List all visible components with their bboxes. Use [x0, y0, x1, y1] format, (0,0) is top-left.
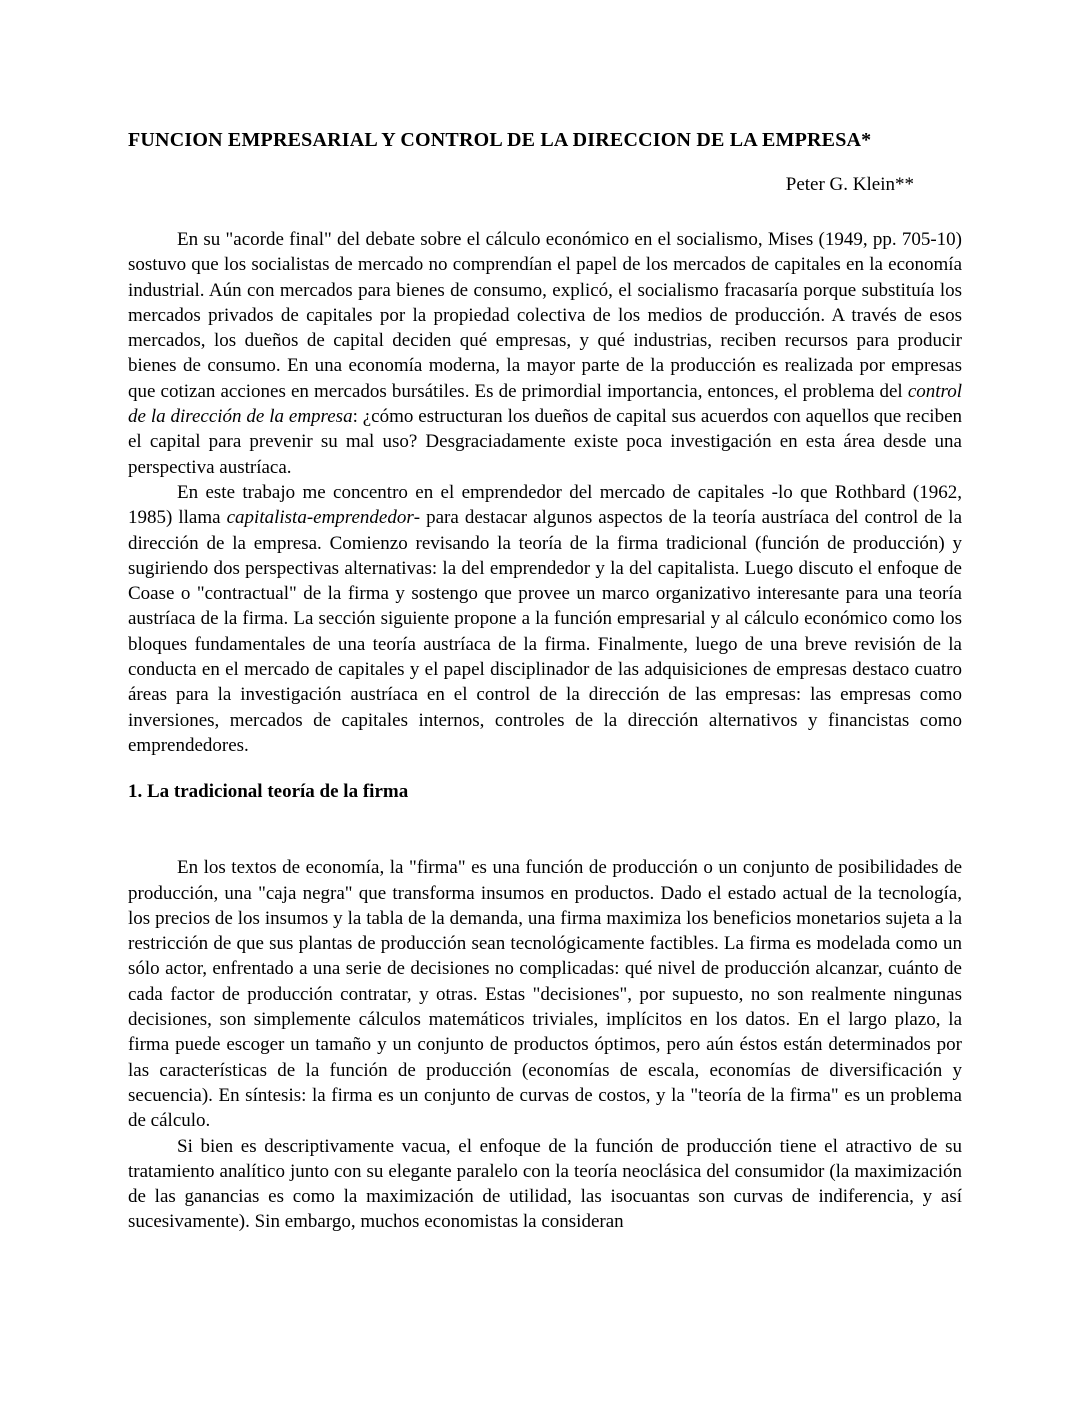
author-byline: Peter G. Klein** [128, 173, 962, 197]
paragraph: En este trabajo me concentro en el empre… [128, 480, 962, 758]
paragraph: En su "acorde final" del debate sobre el… [128, 227, 962, 480]
paragraph: Si bien es descriptivamente vacua, el en… [128, 1134, 962, 1235]
intro-paragraphs: En su "acorde final" del debate sobre el… [128, 227, 962, 758]
document-page: FUNCION EMPRESARIAL Y CONTROL DE LA DIRE… [0, 0, 1088, 1408]
text-segment: En los textos de economía, la "firma" es… [128, 857, 962, 1131]
italic-text-segment: capitalista-emprendedor [227, 507, 414, 528]
section-heading: 1. La tradicional teoría de la firma [128, 779, 962, 804]
text-segment: En su "acorde final" del debate sobre el… [128, 229, 962, 402]
paragraph: En los textos de economía, la "firma" es… [128, 855, 962, 1133]
section1-paragraphs: En los textos de economía, la "firma" es… [128, 855, 962, 1234]
page-title: FUNCION EMPRESARIAL Y CONTROL DE LA DIRE… [128, 128, 962, 152]
text-segment: Si bien es descriptivamente vacua, el en… [128, 1136, 962, 1233]
text-segment: - para destacar algunos aspectos de la t… [128, 507, 962, 756]
